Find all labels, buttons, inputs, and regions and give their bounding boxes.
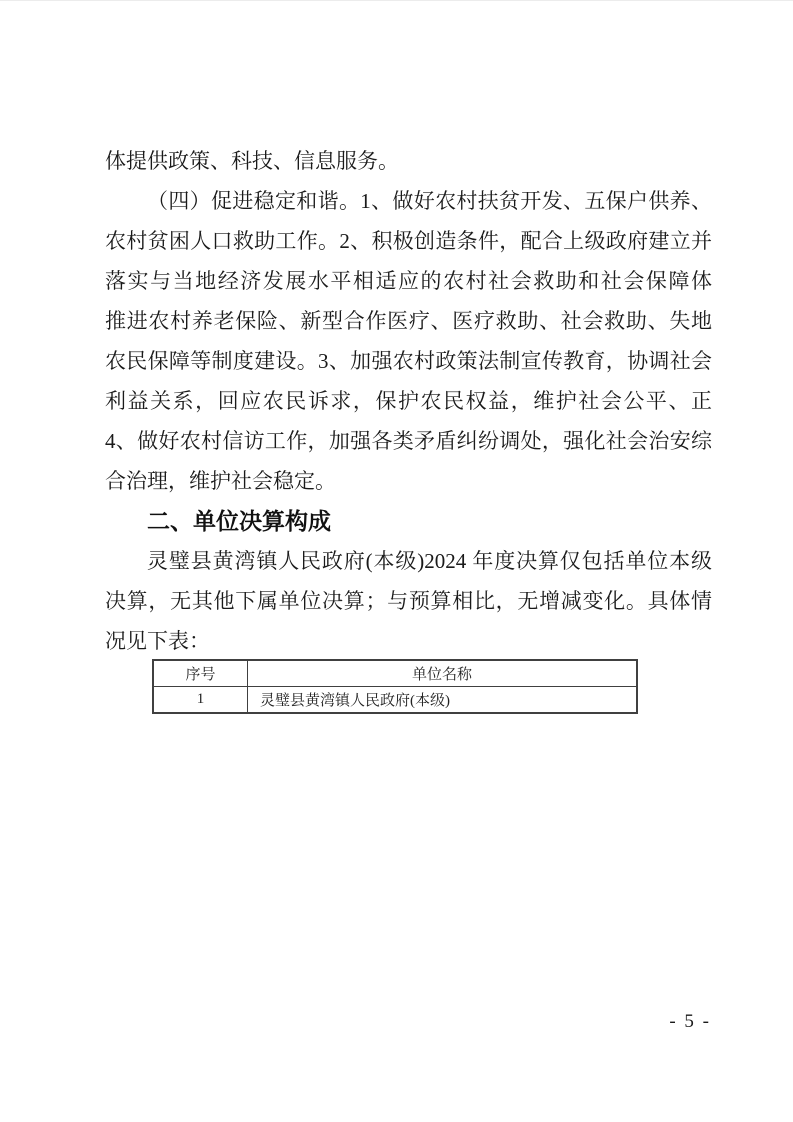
- body-line: 决算，无其他下属单位决算；与预算相比，无增减变化。具体情: [105, 581, 712, 621]
- body-line: 体提供政策、科技、信息服务。: [105, 141, 712, 181]
- table-cell-unit-name: 灵璧县黄湾镇人民政府(本级): [248, 687, 638, 714]
- table-header-row: 序号 单位名称: [153, 660, 637, 687]
- document-page: 体提供政策、科技、信息服务。 （四）促进稳定和谐。1、做好农村扶贫开发、五保户供…: [0, 1, 793, 1122]
- table-cell-serial-number: 1: [153, 687, 248, 714]
- body-line: 合治理，维护社会稳定。: [105, 461, 712, 501]
- body-line: （四）促进稳定和谐。1、做好农村扶贫开发、五保户供养、: [105, 181, 712, 221]
- body-line: 灵璧县黄湾镇人民政府(本级)2024 年度决算仅包括单位本级: [105, 541, 712, 581]
- table-row: 1 灵璧县黄湾镇人民政府(本级): [153, 687, 637, 714]
- body-line: 农民保障等制度建设。3、加强农村政策法制宣传教育，协调社会: [105, 341, 712, 381]
- body-line: 推进农村养老保险、新型合作医疗、医疗救助、社会救助、失地: [105, 301, 712, 341]
- unit-composition-table: 序号 单位名称 1 灵璧县黄湾镇人民政府(本级): [152, 659, 638, 714]
- body-line: 农村贫困人口救助工作。2、积极创造条件，配合上级政府建立并: [105, 221, 712, 261]
- body-line: 利益关系，回应农民诉求，保护农民权益，维护社会公平、正义。: [105, 381, 712, 421]
- body-text-block: 体提供政策、科技、信息服务。 （四）促进稳定和谐。1、做好农村扶贫开发、五保户供…: [105, 141, 712, 661]
- table-header-unit-name: 单位名称: [248, 660, 638, 687]
- body-line: 4、做好农村信访工作，加强各类矛盾纠纷调处，强化社会治安综: [105, 421, 712, 461]
- section-heading: 二、单位决算构成: [105, 501, 712, 541]
- body-line: 落实与当地经济发展水平相适应的农村社会救助和社会保障体系，: [105, 261, 712, 301]
- page-number: - 5 -: [669, 1011, 711, 1033]
- body-line: 况见下表：: [105, 621, 712, 661]
- table-header-serial-number: 序号: [153, 660, 248, 687]
